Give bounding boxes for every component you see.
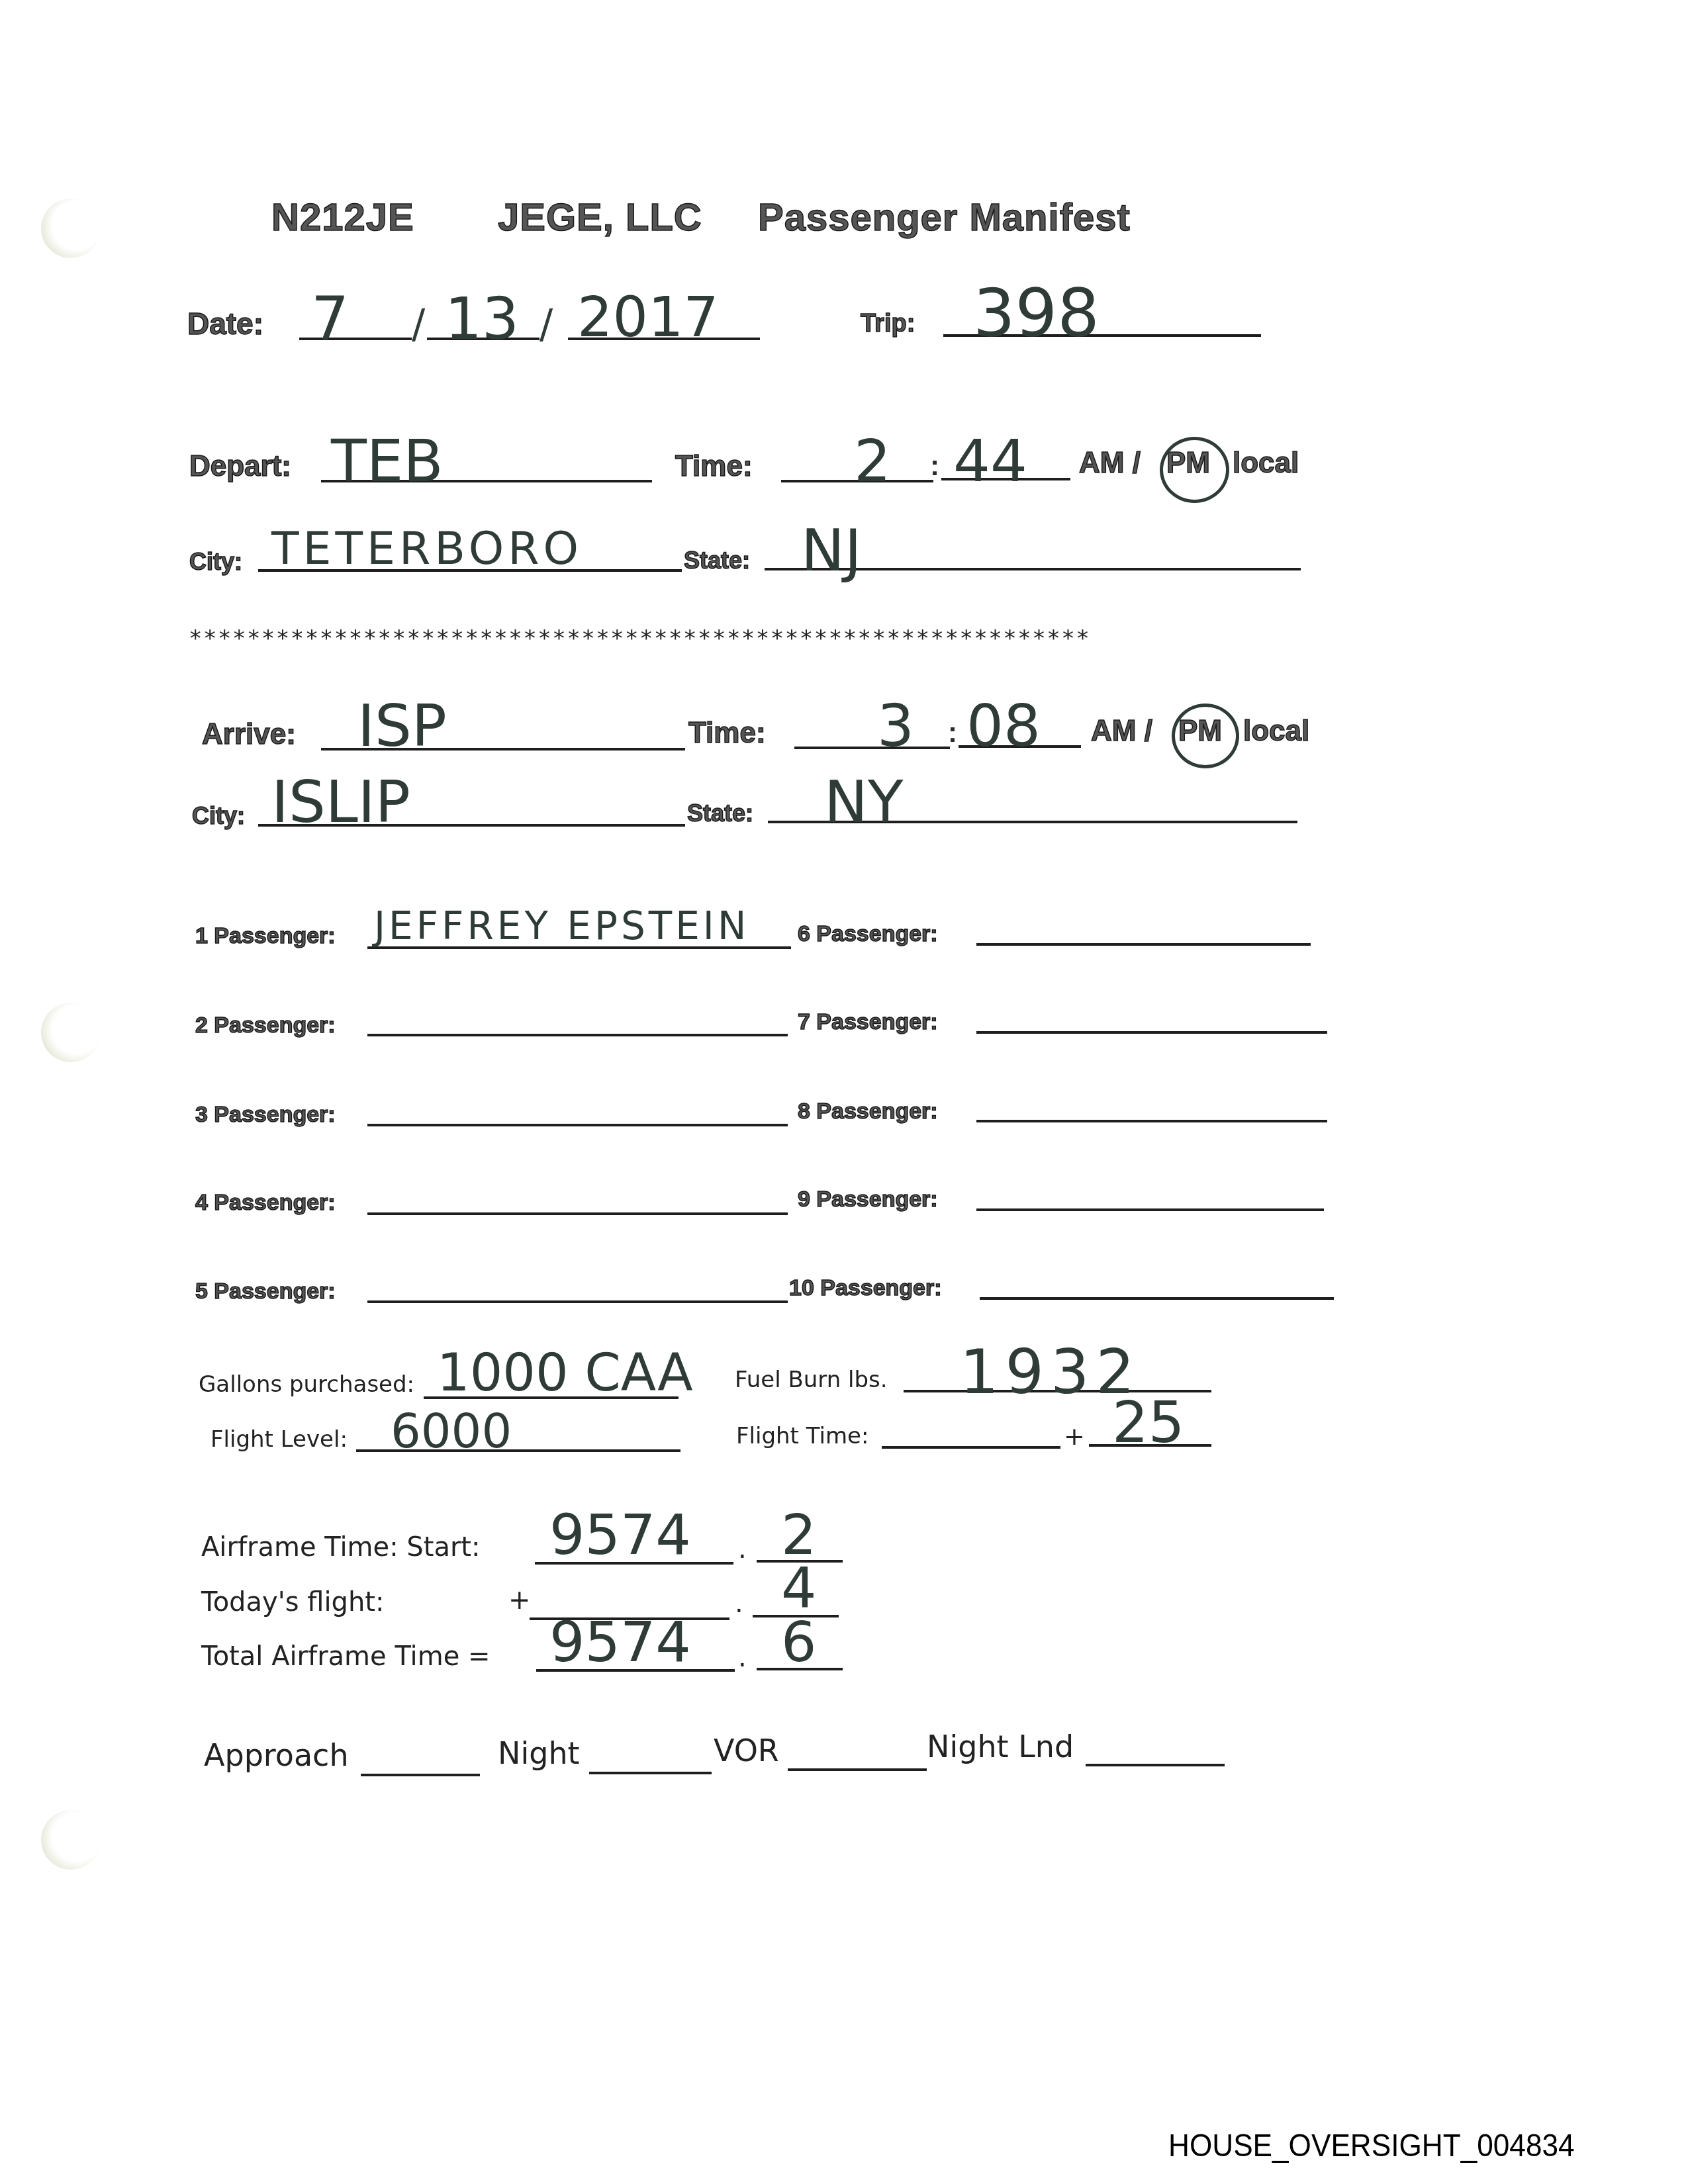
fuel-burn-label: Fuel Burn lbs.	[735, 1367, 888, 1393]
passenger-6-label: 6 Passenger:	[798, 921, 938, 947]
flight-time-minutes-value[interactable]: 25	[1112, 1390, 1184, 1456]
date-year-value: 2017	[577, 285, 719, 349]
total-airframe-label: Total Airframe Time =	[201, 1641, 491, 1672]
passenger-8-line[interactable]	[976, 1120, 1327, 1122]
gallons-value[interactable]: 1000 CAA	[437, 1343, 693, 1403]
binder-hole-top	[41, 199, 101, 258]
tail-number: N212JE	[271, 195, 414, 240]
arrive-airport-value: ISP	[357, 692, 447, 760]
gallons-label: Gallons purchased:	[199, 1371, 414, 1398]
todays-flight-plus: +	[508, 1585, 531, 1615]
date-sep-2: /	[539, 301, 553, 347]
passenger-6-line[interactable]	[976, 943, 1311, 946]
company-name: JEGE, LLC	[498, 195, 702, 240]
passenger-7-label: 7 Passenger:	[798, 1009, 938, 1035]
flight-time-label: Flight Time:	[736, 1423, 868, 1449]
passenger-2-label: 2 Passenger:	[195, 1013, 336, 1038]
total-airframe-dot: .	[738, 1643, 747, 1673]
arrive-state-value: NY	[824, 768, 904, 836]
binder-hole-bottom	[41, 1810, 101, 1870]
airframe-start-whole-value[interactable]: 9574	[549, 1502, 691, 1567]
flight-level-label: Flight Level:	[211, 1426, 348, 1453]
bates-number: HOUSE_OVERSIGHT_004834	[1168, 2128, 1575, 2164]
depart-label: Depart:	[189, 450, 291, 483]
todays-flight-dot: .	[735, 1588, 743, 1619]
depart-local-label: local	[1233, 447, 1299, 480]
depart-minute-value: 44	[953, 427, 1027, 495]
manifest-page: N212JE JEGE, LLC Passenger Manifest Date…	[0, 0, 1688, 2184]
depart-am-option: AM /	[1079, 447, 1141, 480]
airframe-start-dot: .	[738, 1534, 747, 1565]
arrive-minute-value: 08	[966, 692, 1041, 760]
depart-city-value: TETERBORO	[271, 523, 583, 575]
depart-airport-value: TEB	[331, 427, 444, 495]
arrive-hour-value: 3	[877, 692, 914, 760]
date-day-value: 13	[445, 285, 519, 353]
arrive-hour-line	[794, 747, 950, 749]
arrive-time-label: Time:	[688, 717, 766, 750]
passenger-7-line[interactable]	[976, 1031, 1327, 1034]
night-label: Night	[498, 1735, 580, 1771]
depart-time-colon: :	[930, 450, 939, 482]
passenger-1-label: 1 Passenger:	[195, 923, 336, 949]
night-lnd-label: Night Lnd	[927, 1729, 1074, 1764]
flight-time-plus: +	[1064, 1422, 1085, 1451]
arrive-local-label: local	[1243, 715, 1309, 748]
arrive-label: Arrive:	[202, 718, 296, 751]
date-month-value: 7	[311, 285, 349, 354]
total-airframe-tenth-value[interactable]: 6	[781, 1610, 816, 1674]
approach-label: Approach	[204, 1737, 349, 1773]
passenger-9-line[interactable]	[976, 1208, 1324, 1211]
binder-hole-middle	[41, 1003, 101, 1062]
passenger-8-label: 8 Passenger:	[798, 1099, 938, 1124]
passenger-5-line[interactable]	[367, 1300, 788, 1303]
passenger-4-line[interactable]	[367, 1212, 788, 1215]
passenger-10-line[interactable]	[980, 1297, 1334, 1300]
todays-flight-label: Today's flight:	[201, 1587, 384, 1617]
form-title: Passenger Manifest	[758, 195, 1131, 240]
date-label: Date:	[187, 306, 263, 341]
arrive-time-colon: :	[948, 717, 957, 749]
airframe-start-label: Airframe Time: Start:	[201, 1532, 481, 1563]
passenger-5-label: 5 Passenger:	[195, 1279, 336, 1304]
night-lnd-line[interactable]	[1086, 1764, 1225, 1766]
depart-state-value: NJ	[801, 516, 862, 584]
passenger-9-label: 9 Passenger:	[798, 1187, 938, 1212]
depart-pm-circle	[1160, 437, 1229, 503]
arrive-city-value: ISLIP	[271, 768, 410, 836]
arrive-city-label: City:	[192, 802, 245, 830]
vor-line[interactable]	[788, 1768, 927, 1771]
arrive-state-label: State:	[687, 799, 753, 827]
passenger-4-label: 4 Passenger:	[195, 1190, 336, 1216]
passenger-3-line[interactable]	[367, 1124, 788, 1126]
passenger-2-line[interactable]	[367, 1034, 788, 1036]
night-line[interactable]	[589, 1772, 712, 1774]
section-separator: ****************************************…	[189, 625, 1090, 652]
flight-time-hours-line[interactable]	[882, 1446, 1060, 1449]
depart-time-label: Time:	[675, 450, 753, 483]
passenger-3-label: 3 Passenger:	[195, 1102, 336, 1128]
depart-city-label: City:	[189, 548, 242, 576]
arrive-pm-circle	[1172, 704, 1239, 768]
flight-level-value[interactable]: 6000	[391, 1403, 512, 1459]
approach-line[interactable]	[361, 1774, 480, 1776]
depart-hour-value: 2	[854, 427, 891, 495]
arrive-am-option: AM /	[1091, 715, 1152, 748]
passenger-10-label: 10 Passenger:	[789, 1275, 942, 1301]
vor-label: VOR	[714, 1733, 779, 1768]
trip-value: 398	[973, 275, 1100, 352]
date-sep-1: /	[412, 301, 425, 347]
passenger-1-name[interactable]: JEFFREY EPSTEIN	[374, 903, 749, 948]
trip-label: Trip:	[861, 310, 915, 338]
depart-state-label: State:	[684, 547, 750, 574]
total-airframe-whole-value[interactable]: 9574	[549, 1610, 691, 1674]
